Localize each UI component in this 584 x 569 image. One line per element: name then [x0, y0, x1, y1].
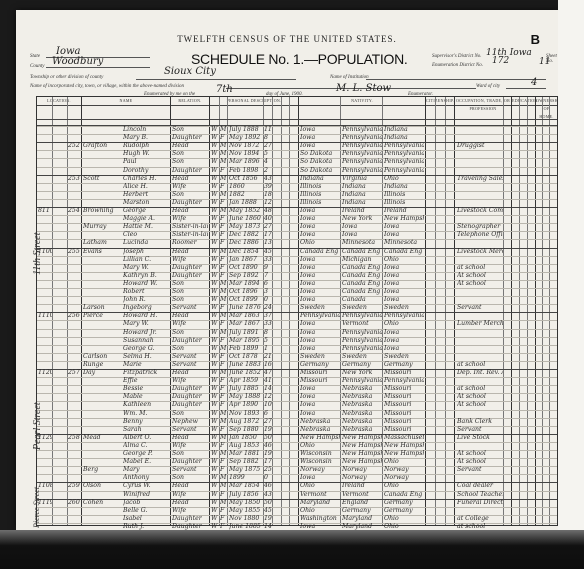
cell-relation: Servant: [172, 304, 208, 312]
cell-age: 9: [264, 264, 272, 272]
cell-sex: F: [220, 215, 227, 223]
cell-sex: M: [220, 150, 227, 158]
cell-given: Fitzpatrick: [123, 369, 169, 377]
cell-birthplace: Iowa: [300, 215, 340, 223]
incorporated-label: Name of incorporated city, town, or vill…: [30, 84, 184, 89]
cell-given: Lincoln: [123, 126, 169, 134]
cell-birth: July 1885: [229, 385, 263, 393]
cell-father-bp: Canada Eng: [342, 248, 382, 256]
cell-relation: Daughter: [172, 272, 208, 280]
cell-mother-bp: Pennsylvania: [384, 150, 424, 158]
cell-birth: May 1892: [229, 134, 263, 142]
cell-surname: Day: [83, 369, 123, 377]
cell-relation: Nephew: [172, 418, 208, 426]
cell-relation: Servant: [172, 353, 208, 361]
cell-birth: Nov 1880: [229, 515, 263, 523]
margin-note-11th-street: 11th Street: [32, 233, 43, 276]
cell-birth: Oct 1899: [229, 296, 263, 304]
cell-age: 47: [264, 369, 272, 377]
cell-age: 13: [264, 239, 272, 247]
cell-birth: Mar 1854: [229, 482, 263, 490]
cell-surname: Berg: [83, 466, 123, 474]
cell-given: Mabel E.: [123, 458, 169, 466]
cell-relation: Servant: [172, 361, 208, 369]
table-row: Hugh W.SonWMNov 18945So DakotaPennsylvan…: [37, 150, 557, 158]
cell-birth: Sep 1882: [229, 458, 263, 466]
cell-relation: Wife: [172, 442, 208, 450]
cell-relation: Head: [172, 248, 208, 256]
cell-family: 254: [68, 207, 81, 215]
cell-birth: July 1888: [229, 126, 263, 134]
cell-birth: May 1852: [229, 207, 263, 215]
cell-birthplace: Ohio: [300, 482, 340, 490]
cell-mother-bp: Canada Eng: [384, 248, 424, 256]
cell-birth: Oct 1856: [229, 175, 263, 183]
table-row: SarahServantWFSep 188019NebraskaNebraska…: [37, 426, 557, 434]
cell-age: 19: [264, 515, 272, 523]
cell-sex: M: [220, 280, 227, 288]
cell-surname: Cohen: [83, 499, 123, 507]
cell-birth: Mar 1881: [229, 450, 263, 458]
cell-race: W: [211, 158, 219, 166]
cell-birth: June 1860: [229, 215, 263, 223]
cell-race: W: [211, 296, 219, 304]
table-row: KathleenDaughterWFApr 189010IowaNebraska…: [37, 401, 557, 409]
cell-relation: Son: [172, 329, 208, 337]
cell-birthplace: Iowa: [300, 401, 340, 409]
cell-father-bp: Pennsylvania: [342, 337, 382, 345]
cell-mother-bp: Ireland: [384, 207, 424, 215]
cell-father-bp: Pennsylvania: [342, 158, 382, 166]
cell-birth: May 1888: [229, 393, 263, 401]
cell-birthplace: Iowa: [300, 142, 340, 150]
table-row: Lillian C.WifeWFJan 186733IowaMichiganOh…: [37, 256, 557, 264]
cell-mother-bp: Ohio: [384, 458, 424, 466]
cell-birthplace: Ohio: [300, 507, 340, 515]
cell-birthplace: Canada Eng: [300, 248, 340, 256]
cell-sex: M: [220, 248, 227, 256]
cell-sex: M: [220, 410, 227, 418]
cell-relation: Daughter: [172, 385, 208, 393]
cell-race: W: [211, 288, 219, 296]
cell-birth: Feb 1898: [229, 167, 263, 175]
cell-birthplace: Illinois: [300, 199, 340, 207]
cell-sex: M: [220, 450, 227, 458]
cell-age: 8: [264, 329, 272, 337]
cell-relation: Servant: [172, 466, 208, 474]
cell-race: W: [211, 239, 219, 247]
document-title: TWELFTH CENSUS OF THE UNITED STATES.: [16, 34, 558, 44]
cell-given: Belle G.: [123, 507, 169, 515]
cell-race: W: [211, 312, 219, 320]
table-row: BergMaryServantWFMay 187525NorwayNorwayN…: [37, 466, 557, 474]
cell-race: W: [211, 410, 219, 418]
cell-father-bp: New Hampshire: [342, 450, 382, 458]
cell-surname: Evans: [83, 248, 123, 256]
cell-father-bp: New York: [342, 369, 382, 377]
cell-relation: Daughter: [172, 167, 208, 175]
cell-sex: F: [220, 199, 227, 207]
cell-age: 4: [264, 158, 272, 166]
cell-age: 1: [264, 345, 272, 353]
cell-race: W: [211, 199, 219, 207]
cell-birthplace: Iowa: [300, 272, 340, 280]
cell-relation: Son: [172, 288, 208, 296]
cell-relation: Head: [172, 482, 208, 490]
cell-surname: Runge: [83, 361, 123, 369]
cell-birthplace: Sweden: [300, 353, 340, 361]
cell-age: 14: [264, 385, 272, 393]
cell-birthplace: Ohio: [300, 442, 340, 450]
cell-mother-bp: Iowa: [384, 329, 424, 337]
cell-father-bp: Norway: [342, 466, 382, 474]
cell-birthplace: Wisconsin: [300, 450, 340, 458]
cell-birthplace: Iowa: [300, 264, 340, 272]
cell-surname: Latham: [83, 239, 123, 247]
cell-age: 8: [264, 134, 272, 142]
table-row: CarlsonSelma H.ServantWFOct 187821Sweden…: [37, 353, 557, 361]
cell-birthplace: Iowa: [300, 345, 340, 353]
cell-birthplace: Illinois: [300, 191, 340, 199]
enumeration-value: 172: [492, 56, 509, 66]
cell-mother-bp: Missouri: [384, 401, 424, 409]
cell-sex: M: [220, 434, 227, 442]
cell-occupation: Servant: [457, 426, 503, 434]
cell-mother-bp: Ohio: [384, 320, 424, 328]
cell-given: Mary: [123, 466, 169, 474]
cell-age: 43: [264, 491, 272, 499]
section-name: NAME: [82, 97, 171, 106]
cell-birth: Dec 1854: [229, 248, 263, 256]
cell-age: 18: [264, 191, 272, 199]
cell-age: 40: [264, 215, 272, 223]
cell-father-bp: Pennsylvania: [342, 126, 382, 134]
cell-birthplace: Iowa: [300, 256, 340, 264]
cell-given: Effie: [123, 377, 169, 385]
cell-mother-bp: Iowa: [384, 288, 424, 296]
cell-mother-bp: Massachusetts: [384, 434, 424, 442]
cell-father-bp: Pennsylvania: [342, 312, 382, 320]
sheet-no-value: 11: [539, 57, 550, 67]
supervisor-label: Supervisor's District No.: [432, 54, 482, 59]
table-row: LathamLucindaRoomerWFDec 188613OhioMinne…: [37, 239, 557, 247]
cell-birthplace: Illinois: [300, 183, 340, 191]
cell-occupation: Livestock Merchant: [457, 248, 503, 256]
cell-sex: F: [220, 385, 227, 393]
cell-mother-bp: Sweden: [384, 304, 424, 312]
cell-age: 45: [264, 507, 272, 515]
cell-occupation: Live Stock: [457, 434, 503, 442]
table-row: 1108259OlsonCyrus W.HeadWMMar 185446Ohio…: [37, 482, 557, 490]
cell-birth: Nov 1872: [229, 142, 263, 150]
cell-occupation: Lumber Merchant: [457, 320, 503, 328]
section-personal-description: PERSONAL DESCRIPTION.: [210, 97, 299, 106]
table-row: BessieDaughterWFJuly 188514IowaNebraskaM…: [37, 385, 557, 393]
cell-birthplace: Iowa: [300, 223, 340, 231]
cell-age: 50: [264, 434, 272, 442]
cell-relation: Roomer: [172, 239, 208, 247]
table-row: LincolnSonWMJuly 188811IowaPennsylvaniaI…: [37, 126, 557, 134]
cell-sex: F: [220, 239, 227, 247]
cell-relation: Daughter: [172, 401, 208, 409]
cell-mother-bp: Pennsylvania: [384, 142, 424, 150]
cell-father-bp: Indiana: [342, 183, 382, 191]
cell-occupation: at school: [457, 361, 503, 369]
cell-sex: F: [220, 353, 227, 361]
cell-relation: Son: [172, 280, 208, 288]
cell-race: W: [211, 442, 219, 450]
cell-race: W: [211, 499, 219, 507]
cell-sex: M: [220, 288, 227, 296]
cell-sex: M: [220, 345, 227, 353]
cell-race: W: [211, 142, 219, 150]
cell-occupation: at College: [457, 515, 503, 523]
table-row: Mary W.DaughterWFOct 18909IowaCanada Eng…: [37, 264, 557, 272]
cell-birthplace: Iowa: [300, 280, 340, 288]
cell-family: 257: [68, 369, 81, 377]
margin-note-pierce-street: Pierce Street: [32, 487, 41, 528]
cell-mother-bp: Iowa: [384, 231, 424, 239]
cell-age: 3: [264, 288, 272, 296]
cell-relation: Wife: [172, 377, 208, 385]
cell-given: Hattie M.: [123, 223, 169, 231]
cell-father-bp: Germany: [342, 361, 382, 369]
cell-birth: July 1856: [229, 491, 263, 499]
cell-father-bp: Indiana: [342, 191, 382, 199]
cell-father-bp: Pennsylvania: [342, 134, 382, 142]
cell-father-bp: Vermont: [342, 320, 382, 328]
cell-given: Howard H.: [123, 312, 169, 320]
cell-birthplace: So Dakota: [300, 150, 340, 158]
cell-race: W: [211, 167, 219, 175]
cell-age: 25: [264, 466, 272, 474]
cell-sex: F: [220, 337, 227, 345]
cell-birthplace: Nebraska: [300, 426, 340, 434]
cell-birthplace: Wisconsin: [300, 458, 340, 466]
cell-sex: F: [220, 134, 227, 142]
cell-father-bp: Canada Eng: [342, 264, 382, 272]
cell-surname: Carlson: [83, 353, 123, 361]
cell-sex: M: [220, 175, 227, 183]
institution-label: Name of Institution: [330, 75, 369, 80]
table-row: George G.SonWMFeb 18991IowaPennsylvaniaI…: [37, 345, 557, 353]
enumeration-label: Enumeration District No.: [432, 63, 483, 68]
cell-race: W: [211, 482, 219, 490]
table-row: SusannahDaughterWFMar 18955IowaPennsylva…: [37, 337, 557, 345]
county-value: Woodbury: [52, 56, 103, 67]
cell-age: 24: [264, 304, 272, 312]
scan-edge: [558, 0, 584, 569]
cell-sex: M: [220, 312, 227, 320]
cell-age: 50: [264, 499, 272, 507]
cell-birth: Nov 1894: [229, 150, 263, 158]
cell-race: W: [211, 361, 219, 369]
cell-relation: Head: [172, 142, 208, 150]
cell-age: 11: [264, 126, 272, 134]
table-row: 1100255EvansJosephHeadWMDec 185445Canada…: [37, 248, 557, 256]
cell-relation: Daughter: [172, 393, 208, 401]
cell-sex: M: [220, 369, 227, 377]
cell-sex: F: [220, 361, 227, 369]
cell-surname: Olson: [83, 482, 123, 490]
cell-sex: F: [220, 304, 227, 312]
cell-father-bp: New York: [342, 215, 382, 223]
cell-relation: Son: [172, 474, 208, 482]
cell-occupation: Coal dealer: [457, 482, 503, 490]
cell-relation: Daughter: [172, 264, 208, 272]
table-row: 811254BrowningGeorgeHeadWMMay 185248Iowa…: [37, 207, 557, 215]
table-row: Howard Jr.SonWMJuly 18918IowaPennsylvani…: [37, 329, 557, 337]
cell-given: Maggie A.: [123, 215, 169, 223]
cell-father-bp: Sweden: [342, 304, 382, 312]
cell-father-bp: Nebraska: [342, 385, 382, 393]
cell-race: W: [211, 458, 219, 466]
cell-birthplace: So Dakota: [300, 167, 340, 175]
cell-birthplace: Vermont: [300, 491, 340, 499]
cell-birth: Oct 1896: [229, 288, 263, 296]
cell-sex: M: [220, 142, 227, 150]
cell-relation: Son: [172, 345, 208, 353]
cell-age: 7: [264, 272, 272, 280]
cell-given: George P.: [123, 450, 169, 458]
table-row: BennyNephewWMAug 187227NebraskaNebraskaM…: [37, 418, 557, 426]
cell-sex: F: [220, 256, 227, 264]
cell-birthplace: Iowa: [300, 474, 340, 482]
cell-mother-bp: Pennsylvania: [384, 377, 424, 385]
cell-race: W: [211, 256, 219, 264]
cell-occupation: at school: [457, 385, 503, 393]
cell-given: Alma C.: [123, 442, 169, 450]
cell-given: Kathryn B.: [123, 272, 169, 280]
table-row: HerbertSonWM188218IllinoisIndianaIllinoi…: [37, 191, 557, 199]
cell-mother-bp: New Hampshire: [384, 450, 424, 458]
cell-occupation: at school: [457, 264, 503, 272]
cell-birthplace: Maryland: [300, 499, 340, 507]
cell-birth: Apr 1890: [229, 401, 263, 409]
cell-sex: F: [220, 377, 227, 385]
cell-sex: F: [220, 426, 227, 434]
cell-given: Winifred: [123, 491, 169, 499]
cell-mother-bp: Norway: [384, 466, 424, 474]
cell-relation: Daughter: [172, 199, 208, 207]
cell-father-bp: New Hampshire: [342, 458, 382, 466]
cell-race: W: [211, 337, 219, 345]
cell-age: 0: [264, 296, 272, 304]
table-row: Kathryn B.DaughterWFSep 18927IowaCanada …: [37, 272, 557, 280]
cell-given: Joseph: [123, 248, 169, 256]
cell-sex: F: [220, 491, 227, 499]
cell-occupation: At school: [457, 450, 503, 458]
table-row: Wm. M.SonWMNov 18936IowaNebraskaMissouri…: [37, 410, 557, 418]
cell-birth: Jan 1850: [229, 434, 263, 442]
cell-surname: Larson: [83, 304, 123, 312]
cell-surname: Murray: [83, 223, 123, 231]
cell-race: W: [211, 466, 219, 474]
cell-birthplace: Iowa: [300, 126, 340, 134]
cell-mother-bp: New Hampshire: [384, 215, 424, 223]
cell-race: W: [211, 320, 219, 328]
table-row: Maggie A.WifeWFJune 186040IowaNew YorkNe…: [37, 215, 557, 223]
cell-birthplace: Iowa: [300, 296, 340, 304]
state-label: State: [30, 54, 40, 59]
population-table: LOCATION. NAME RELATION. PERSONAL DESCRI…: [36, 96, 558, 526]
cell-mother-bp: New Hampshire: [384, 442, 424, 450]
cell-family: 256: [68, 312, 81, 320]
township-label: Township or other division of county: [30, 75, 103, 80]
cell-relation: Sister-in-law: [172, 231, 208, 239]
cell-relation: Daughter: [172, 134, 208, 142]
cell-father-bp: Minnesota: [342, 239, 382, 247]
cell-race: W: [211, 418, 219, 426]
cell-occupation: Funeral Director: [457, 499, 503, 507]
cell-given: George: [123, 207, 169, 215]
cell-sex: F: [220, 458, 227, 466]
cell-father-bp: Indiana: [342, 199, 382, 207]
cell-mother-bp: Minnesota: [384, 239, 424, 247]
cell-age: 17: [264, 458, 272, 466]
cell-relation: Son: [172, 450, 208, 458]
cell-given: Paul: [123, 158, 169, 166]
cell-race: W: [211, 345, 219, 353]
cell-age: 5: [264, 150, 272, 158]
cell-mother-bp: Norway: [384, 474, 424, 482]
ward-label: Ward of city: [476, 84, 500, 89]
cell-given: Kathleen: [123, 401, 169, 409]
cell-given: Mary W.: [123, 320, 169, 328]
cell-sex: F: [220, 183, 227, 191]
cell-father-bp: Maryland: [342, 515, 382, 523]
cell-birth: Aug 1853: [229, 442, 263, 450]
cell-surname: Browning: [83, 207, 123, 215]
table-row: George P.SonWMMar 188119WisconsinNew Ham…: [37, 450, 557, 458]
cell-birth: Sep 1880: [229, 426, 263, 434]
cell-race: W: [211, 329, 219, 337]
cell-mother-bp: Sweden: [384, 353, 424, 361]
cell-father-bp: Iowa: [342, 223, 382, 231]
cell-father-bp: Virginia: [342, 175, 382, 183]
cell-sex: M: [220, 191, 227, 199]
cell-birthplace: Missouri: [300, 369, 340, 377]
cell-race: W: [211, 191, 219, 199]
cell-relation: Head: [172, 499, 208, 507]
cell-birthplace: Washington: [300, 515, 340, 523]
cell-birth: Oct 1878: [229, 353, 263, 361]
cell-occupation: School Teacher: [457, 491, 503, 499]
cell-father-bp: Vermont: [342, 491, 382, 499]
cell-father-bp: Pennsylvania: [342, 142, 382, 150]
enumerator-name: M. L. Stow: [336, 83, 391, 94]
cell-age: 16: [264, 361, 272, 369]
cell-birth: Mar 1896: [229, 158, 263, 166]
cell-surname: Scott: [83, 175, 123, 183]
cell-given: George G.: [123, 345, 169, 353]
cell-mother-bp: Iowa: [384, 296, 424, 304]
cell-birth: Apr 1859: [229, 377, 263, 385]
cell-race: W: [211, 353, 219, 361]
cell-relation: Son: [172, 158, 208, 166]
cell-birth: Mar 1895: [229, 337, 263, 345]
cell-relation: Wife: [172, 256, 208, 264]
cell-mother-bp: Missouri: [384, 369, 424, 377]
cell-occupation: At school: [457, 458, 503, 466]
cell-race: W: [211, 393, 219, 401]
cell-relation: Wife: [172, 491, 208, 499]
cell-father-bp: Michigan: [342, 256, 382, 264]
table-row: Howard W.SonWMMar 18946IowaCanada EngIow…: [37, 280, 557, 288]
cell-birthplace: Indiana: [300, 175, 340, 183]
cell-race: W: [211, 401, 219, 409]
cell-birthplace: Iowa: [300, 337, 340, 345]
